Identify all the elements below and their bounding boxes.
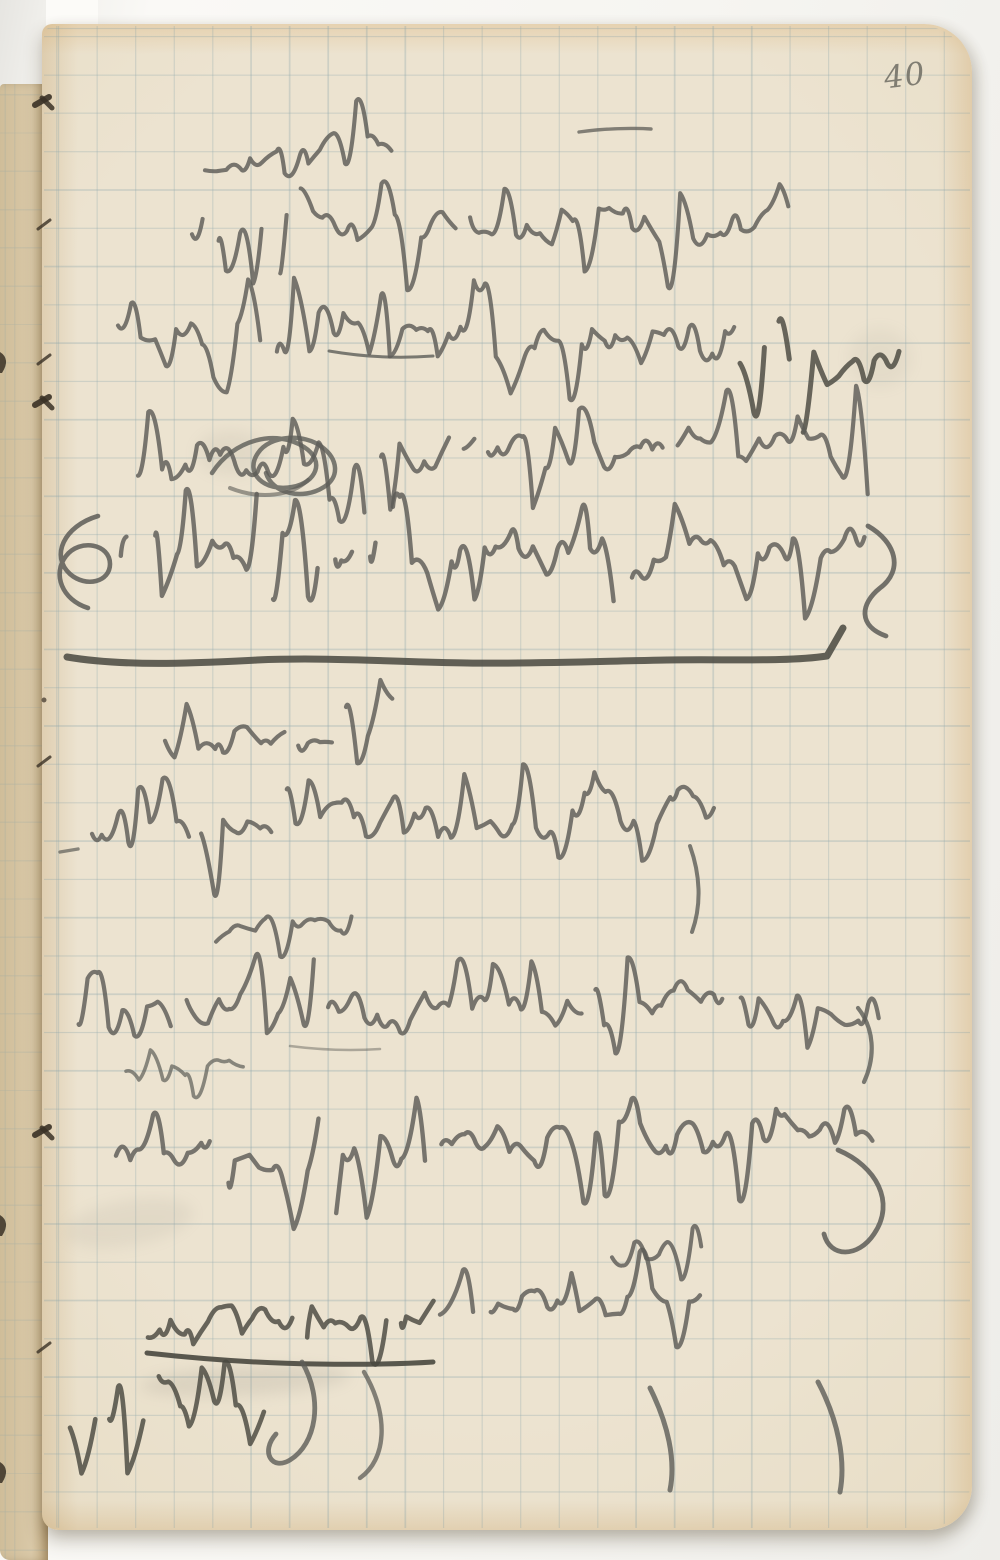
- page-grid: [44, 26, 970, 1528]
- notebook-page: [42, 24, 972, 1530]
- page-number: 40: [882, 56, 928, 97]
- prev-page-edge: [0, 84, 48, 1560]
- prev-page-grid: [0, 84, 48, 1560]
- graphite-smudge: [848, 328, 912, 388]
- scan-background: 40: [0, 0, 1000, 1560]
- graphite-smudge: [196, 430, 266, 476]
